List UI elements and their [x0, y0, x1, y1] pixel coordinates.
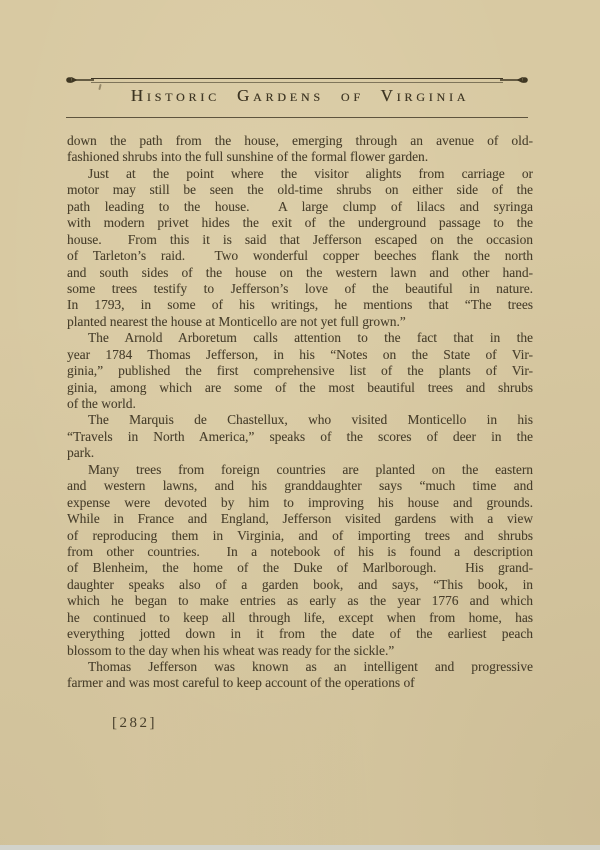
- book-page: Historic Gardens of Virginia down the pa…: [0, 0, 600, 850]
- text-line: down the path from the house, emerging t…: [67, 133, 533, 149]
- text-line: planted nearest the house at Monticello …: [67, 314, 533, 330]
- header-ornament-rule: [64, 73, 530, 87]
- text-line: blossom to the day when his wheat was re…: [67, 643, 533, 659]
- page-title: Historic Gardens of Virginia: [0, 86, 600, 106]
- text-line: park.: [67, 445, 533, 461]
- text-line: fashioned shrubs into the full sunshine …: [67, 149, 533, 165]
- text-line: which he began to make entries as early …: [67, 593, 533, 609]
- page-number: [282]: [112, 715, 157, 732]
- text-line: Thomas Jefferson was known as an intelli…: [67, 659, 533, 675]
- text-line: expense were devoted by him to improving…: [67, 495, 533, 511]
- text-line: of Blenheim, the home of the Duke of Mar…: [67, 560, 533, 576]
- text-line: While in France and England, Jefferson v…: [67, 511, 533, 527]
- text-line: Just at the point where the visitor alig…: [67, 166, 533, 182]
- text-line: year 1784 Thomas Jefferson, in his “Note…: [67, 347, 533, 363]
- text-line: of reproducing them in Virginia, and of …: [67, 528, 533, 544]
- text-line: ginia, among which are some of the most …: [67, 380, 533, 396]
- title-rule: [66, 117, 528, 118]
- text-line: some trees testify to Jefferson’s love o…: [67, 281, 533, 297]
- text-line: and western lawns, and his granddaughter…: [67, 478, 533, 494]
- text-line: and south sides of the house on the west…: [67, 265, 533, 281]
- text-line: The Marquis de Chastellux, who visited M…: [67, 412, 533, 428]
- text-line: everything jotted down in it from the da…: [67, 626, 533, 642]
- text-line: of Tarleton’s raid. Two wonderful copper…: [67, 248, 533, 264]
- text-line: house. From this it is said that Jeffers…: [67, 232, 533, 248]
- scan-bottom-edge: [0, 845, 600, 850]
- text-line: of the world.: [67, 396, 533, 412]
- text-line: motor may still be seen the old-time shr…: [67, 182, 533, 198]
- text-line: he continued to keep all through life, e…: [67, 610, 533, 626]
- scroll-ornament-left-icon: [64, 74, 94, 86]
- text-line: ginia,” published the first comprehensiv…: [67, 363, 533, 379]
- text-line: farmer and was most careful to keep acco…: [67, 675, 533, 691]
- body-lines: down the path from the house, emerging t…: [67, 133, 533, 692]
- scroll-ornament-right-icon: [500, 74, 530, 86]
- double-rule: [91, 78, 503, 83]
- text-line: The Arnold Arboretum calls attention to …: [67, 330, 533, 346]
- text-line: Many trees from foreign countries are pl…: [67, 462, 533, 478]
- text-line: from other countries. In a notebook of h…: [67, 544, 533, 560]
- text-line: path leading to the house. A large clump…: [67, 199, 533, 215]
- text-line: In 1793, in some of his writings, he men…: [67, 297, 533, 313]
- text-line: “Travels in North America,” speaks of th…: [67, 429, 533, 445]
- text-line: daughter speaks also of a garden book, a…: [67, 577, 533, 593]
- text-line: with modern privet hides the exit of the…: [67, 215, 533, 231]
